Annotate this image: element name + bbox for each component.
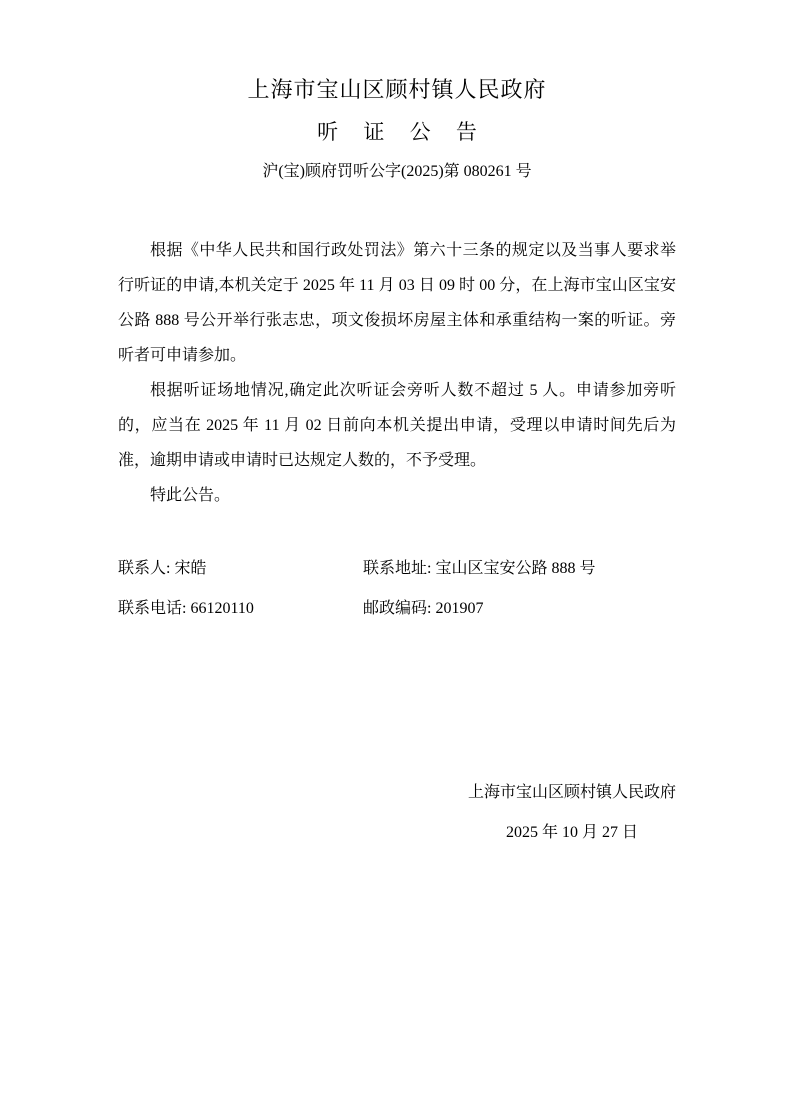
document-page: 上海市宝山区顾村镇人民政府 听 证 公 告 沪(宝)顾府罚听公字(2025)第 … <box>0 0 794 1093</box>
document-content: 上海市宝山区顾村镇人民政府 听 证 公 告 沪(宝)顾府罚听公字(2025)第 … <box>0 75 794 845</box>
contact-postcode: 邮政编码: 201907 <box>363 595 676 623</box>
paragraph-closing: 特此公告。 <box>118 478 676 513</box>
notice-body: 根据《中华人民共和国行政处罚法》第六十三条的规定以及当事人要求举行听证的申请,本… <box>118 233 676 513</box>
signature-issuer: 上海市宝山区顾村镇人民政府 <box>468 781 676 805</box>
contact-phone: 联系电话: 66120110 <box>118 595 363 623</box>
contact-info-block: 联系人: 宋皓 联系地址: 宝山区宝安公路 888 号 联系电话: 661201… <box>118 555 676 623</box>
paragraph-audience-rules: 根据听证场地情况,确定此次听证会旁听人数不超过 5 人。申请参加旁听的，应当在 … <box>118 373 676 478</box>
signature-date: 2025 年 10 月 27 日 <box>468 821 676 845</box>
notice-type-heading: 听 证 公 告 <box>118 117 676 147</box>
contact-person: 联系人: 宋皓 <box>118 555 363 583</box>
contact-address: 联系地址: 宝山区宝安公路 888 号 <box>363 555 676 583</box>
document-reference-number: 沪(宝)顾府罚听公字(2025)第 080261 号 <box>118 161 676 183</box>
signature-block: 上海市宝山区顾村镇人民政府 2025 年 10 月 27 日 <box>118 781 676 845</box>
signature-inner: 上海市宝山区顾村镇人民政府 2025 年 10 月 27 日 <box>468 781 676 845</box>
paragraph-hearing-details: 根据《中华人民共和国行政处罚法》第六十三条的规定以及当事人要求举行听证的申请,本… <box>118 233 676 373</box>
issuing-authority-title: 上海市宝山区顾村镇人民政府 <box>118 75 676 105</box>
